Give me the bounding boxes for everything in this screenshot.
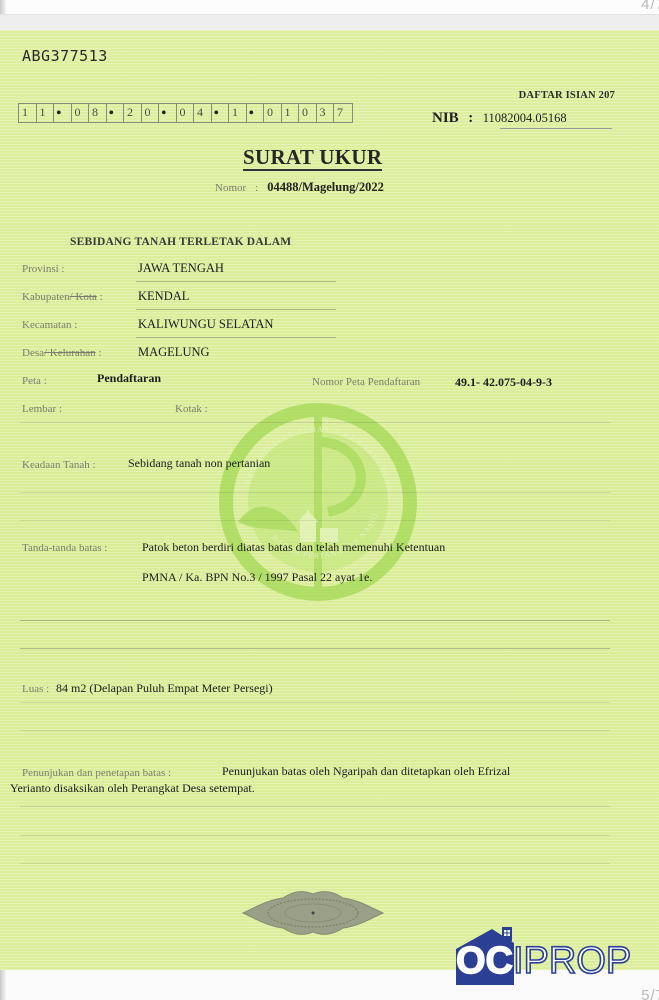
nib-underline (500, 128, 612, 129)
guilloche-rosette-icon (238, 888, 388, 938)
logo-part-iprop: IPROP (513, 940, 631, 982)
form-code-char: • (214, 109, 220, 119)
kecamatan-rule (136, 337, 336, 338)
form-code-char: 0 (75, 105, 81, 120)
nomor-peta-value: 49.1- 42.075-04-9-3 (455, 375, 552, 390)
desa-value: MAGELUNG (138, 345, 210, 360)
peta-label: Peta : (22, 375, 47, 387)
page-gap (0, 14, 659, 30)
form-code-digit: 0 (72, 104, 90, 122)
form-code-char: • (161, 109, 167, 119)
logo-part-oc: OC (456, 940, 513, 982)
page-edge-shadow (0, 970, 6, 1000)
form-code-digit: 1 (229, 104, 247, 122)
luas-rule-1 (20, 702, 610, 703)
lembar-rule (20, 422, 610, 423)
tanda-batas-value-line2: PMNA / Ka. BPN No.3 / 1997 Pasal 22 ayat… (142, 570, 372, 585)
form-code-char: 1 (232, 105, 238, 120)
form-code-digit: 7 (334, 104, 352, 122)
nib-field: NIB : 11082004.05168 (432, 110, 567, 127)
form-code-digit: 1 (37, 104, 55, 122)
nomor-peta-label: Nomor Peta Pendaftaran (312, 376, 420, 388)
provinsi-value: JAWA TENGAH (138, 261, 224, 276)
form-code-char: 0 (267, 105, 273, 120)
kabupaten-label: Kabupaten/ Kota : (22, 291, 103, 303)
form-code-digit: 1 (282, 104, 300, 122)
kelurahan-struck-text: / Kelurahan (44, 347, 96, 359)
form-code-separator: • (54, 104, 72, 122)
form-code-separator: • (107, 104, 125, 122)
form-code-digit: 8 (89, 104, 107, 122)
form-code-char: 7 (337, 105, 343, 120)
nomor-value: 04488/Magelung/2022 (267, 180, 384, 194)
form-code-char: • (109, 109, 115, 119)
form-code-char: 2 (127, 105, 133, 120)
provinsi-rule (136, 281, 336, 282)
penunjukan-value-line1: Penunjukan batas oleh Ngaripah dan ditet… (222, 764, 510, 779)
form-code-digit: 0 (142, 104, 160, 122)
page-edge-shadow (0, 0, 6, 14)
tanda-batas-value-line1: Patok beton berdiri diatas batas dan tel… (142, 540, 445, 555)
form-code-char: 4 (197, 105, 203, 120)
kota-struck-text: / Kota (70, 291, 97, 303)
form-code-digit: 0 (264, 104, 282, 122)
form-code-digit: 0 (299, 104, 317, 122)
penunjukan-label: Penunjukan dan penetapan batas : (22, 767, 171, 779)
form-code-char: • (56, 109, 62, 119)
luas-value: 84 m2 (Delapan Puluh Empat Meter Persegi… (56, 681, 273, 696)
kecamatan-label: Kecamatan : (22, 319, 77, 331)
form-code-char: 8 (92, 105, 98, 120)
kecamatan-value: KALIWUNGU SELATAN (138, 317, 273, 332)
form-code-digit: 2 (124, 104, 142, 122)
ociprop-wordmark: OCIPROP (456, 939, 631, 983)
keadaan-tanah-value: Sebidang tanah non pertanian (128, 456, 270, 471)
nib-value: 11082004.05168 (483, 111, 567, 125)
lembar-label: Lembar : (22, 403, 62, 415)
desa-label-text: Desa (22, 347, 44, 359)
nomor-separator: : (255, 182, 258, 194)
tanda-rule-2 (20, 648, 610, 649)
nib-label: NIB (432, 110, 459, 126)
form-code-char: • (249, 109, 255, 119)
form-code-digit: 1 (19, 104, 37, 122)
kabupaten-rule (136, 309, 336, 310)
penunjukan-value-line2: Yerianto disaksikan oleh Perangkat Desa … (10, 781, 255, 796)
luas-rule-2 (20, 730, 610, 731)
form-code-separator: • (159, 104, 177, 122)
current-page-indicator: 5/7 (641, 987, 659, 1000)
form-code-char: 1 (285, 105, 291, 120)
form-code-separator: • (247, 104, 265, 122)
keadaan-rule (20, 492, 610, 493)
ociprop-logo: OCIPROP (456, 927, 652, 985)
form-code-char: 3 (320, 105, 326, 120)
document-title: SURAT UKUR (243, 145, 382, 171)
kotak-label: Kotak : (175, 403, 208, 415)
tanda-batas-label: Tanda-tanda batas : (22, 542, 107, 554)
kabupaten-label-text: Kabupaten (22, 291, 70, 303)
previous-page-bottom: 4/7 (0, 0, 659, 14)
form-code-char: 1 (22, 105, 28, 120)
form-code-separator: • (212, 104, 230, 122)
luas-label: Luas : (22, 683, 49, 695)
nib-separator: : (468, 110, 473, 126)
location-section-heading: SEBIDANG TANAH TERLETAK DALAM (70, 236, 291, 248)
form-code-char: 0 (145, 105, 151, 120)
keadaan-tanah-label: Keadaan Tanah : (22, 459, 96, 471)
penunjukan-rule-1 (20, 806, 610, 807)
surat-ukur-page: ABG377513 11•08•20•04•1•01037 DAFTAR ISI… (0, 30, 659, 970)
form-code-char: 1 (40, 105, 46, 120)
desa-label: Desa/ Kelurahan : (22, 347, 101, 359)
form-code-char: 0 (180, 105, 186, 120)
provinsi-label: Provinsi : (22, 263, 64, 275)
form-code-digit: 0 (177, 104, 195, 122)
keadaan-rule-2 (20, 520, 610, 521)
form-code-char: 0 (302, 105, 308, 120)
desa-separator: : (98, 347, 101, 359)
penunjukan-rule-2 (20, 835, 610, 836)
kabupaten-value: KENDAL (138, 289, 189, 304)
form-label: DAFTAR ISIAN 207 (519, 90, 615, 101)
form-code-boxes: 11•08•20•04•1•01037 (18, 103, 353, 123)
document-number: Nomor : 04488/Magelung/2022 (215, 180, 384, 195)
nomor-label: Nomor (215, 182, 246, 194)
kabupaten-separator: : (100, 291, 103, 303)
form-code-digit: 3 (317, 104, 335, 122)
tanda-rule-1 (20, 620, 610, 621)
previous-page-indicator: 4/7 (641, 0, 659, 13)
serial-number: ABG377513 (22, 47, 108, 65)
form-code-digit: 4 (194, 104, 212, 122)
penunjukan-rule-3 (20, 863, 610, 864)
peta-value: Pendaftaran (97, 371, 161, 386)
